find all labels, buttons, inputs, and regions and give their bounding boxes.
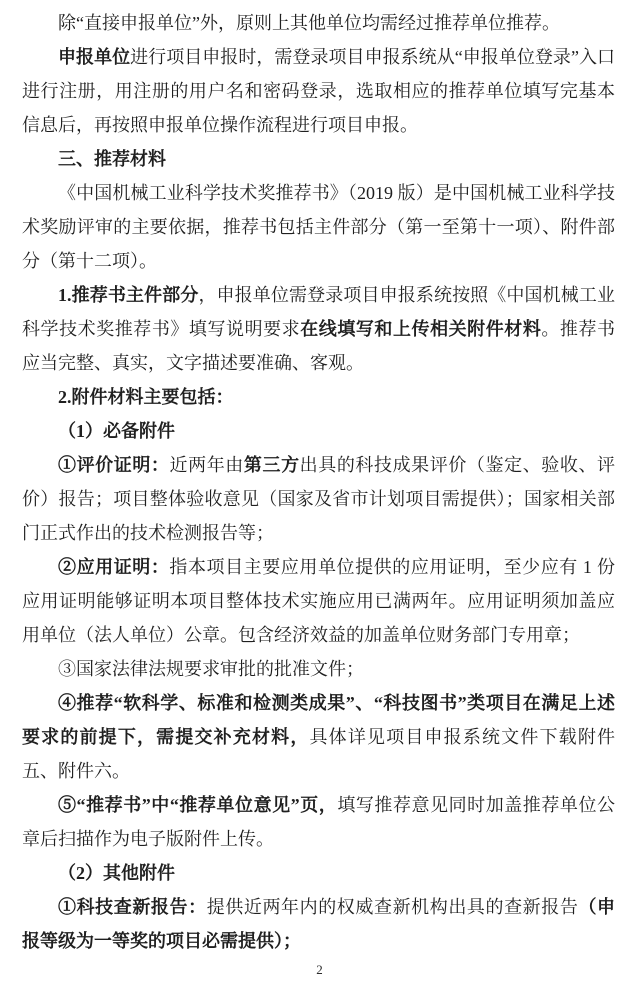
text-run: ③国家法律法规要求审批的批准文件； bbox=[58, 659, 364, 679]
document-page: 除“直接申报单位”外，原则上其他单位均需经过推荐单位推荐。申报单位进行项目申报时… bbox=[0, 0, 639, 985]
text-run: ⑤“推荐书”中“推荐单位意见”页， bbox=[58, 795, 337, 815]
paragraph: ①评价证明：近两年由第三方出具的科技成果评价（鉴定、验收、评价）报告；项目整体验… bbox=[22, 448, 615, 550]
text-run: 2.附件材料主要包括： bbox=[58, 387, 234, 407]
text-run: ②应用证明： bbox=[58, 557, 169, 577]
paragraph: 《中国机械工业科学技术奖推荐书》（2019 版）是中国机械工业科学技术奖励评审的… bbox=[22, 176, 615, 278]
text-run: （1）必备附件 bbox=[58, 421, 175, 441]
text-run: ①科技查新报告： bbox=[58, 897, 207, 917]
paragraph: 申报单位进行项目申报时，需登录项目申报系统从“申报单位登录”入口进行注册，用注册… bbox=[22, 40, 615, 142]
text-run: 第三方 bbox=[244, 455, 300, 475]
paragraph: 2.附件材料主要包括： bbox=[22, 380, 615, 414]
text-run: 申报单位 bbox=[58, 47, 130, 67]
text-run: 在线填写和上传相关附件材料 bbox=[300, 319, 541, 339]
paragraph: ②应用证明：指本项目主要应用单位提供的应用证明，至少应有 1 份应用证明能够证明… bbox=[22, 550, 615, 652]
document-body: 除“直接申报单位”外，原则上其他单位均需经过推荐单位推荐。申报单位进行项目申报时… bbox=[22, 6, 615, 958]
section-heading: 三、推荐材料 bbox=[22, 142, 615, 176]
text-run: 除“直接申报单位”外，原则上其他单位均需经过推荐单位推荐。 bbox=[58, 13, 560, 33]
paragraph: 1.推荐书主件部分，申报单位需登录项目申报系统按照《中国机械工业科学技术奖推荐书… bbox=[22, 278, 615, 380]
text-run: 《中国机械工业科学技术奖推荐书》（2019 版）是中国机械工业科学技术奖励评审的… bbox=[22, 183, 615, 271]
text-run: 提供近两年内的权威查新机构出具的查新报告 bbox=[207, 897, 579, 917]
text-run: 三、推荐材料 bbox=[58, 149, 166, 169]
text-run: 1.推荐书主件部分 bbox=[58, 285, 198, 305]
text-run: ①评价证明： bbox=[58, 455, 170, 475]
paragraph: （2）其他附件 bbox=[22, 856, 615, 890]
paragraph: ③国家法律法规要求审批的批准文件； bbox=[22, 652, 615, 686]
paragraph: （1）必备附件 bbox=[22, 414, 615, 448]
paragraph: ④推荐“软科学、标准和检测类成果”、“科技图书”类项目在满足上述要求的前提下，需… bbox=[22, 686, 615, 788]
page-number: 2 bbox=[0, 962, 639, 978]
paragraph: 除“直接申报单位”外，原则上其他单位均需经过推荐单位推荐。 bbox=[22, 6, 615, 40]
text-run: 近两年由 bbox=[170, 455, 244, 475]
text-run: （2）其他附件 bbox=[58, 863, 175, 883]
paragraph: ①科技查新报告：提供近两年内的权威查新机构出具的查新报告（申报等级为一等奖的项目… bbox=[22, 890, 615, 958]
paragraph: ⑤“推荐书”中“推荐单位意见”页，填写推荐意见同时加盖推荐单位公章后扫描作为电子… bbox=[22, 788, 615, 856]
